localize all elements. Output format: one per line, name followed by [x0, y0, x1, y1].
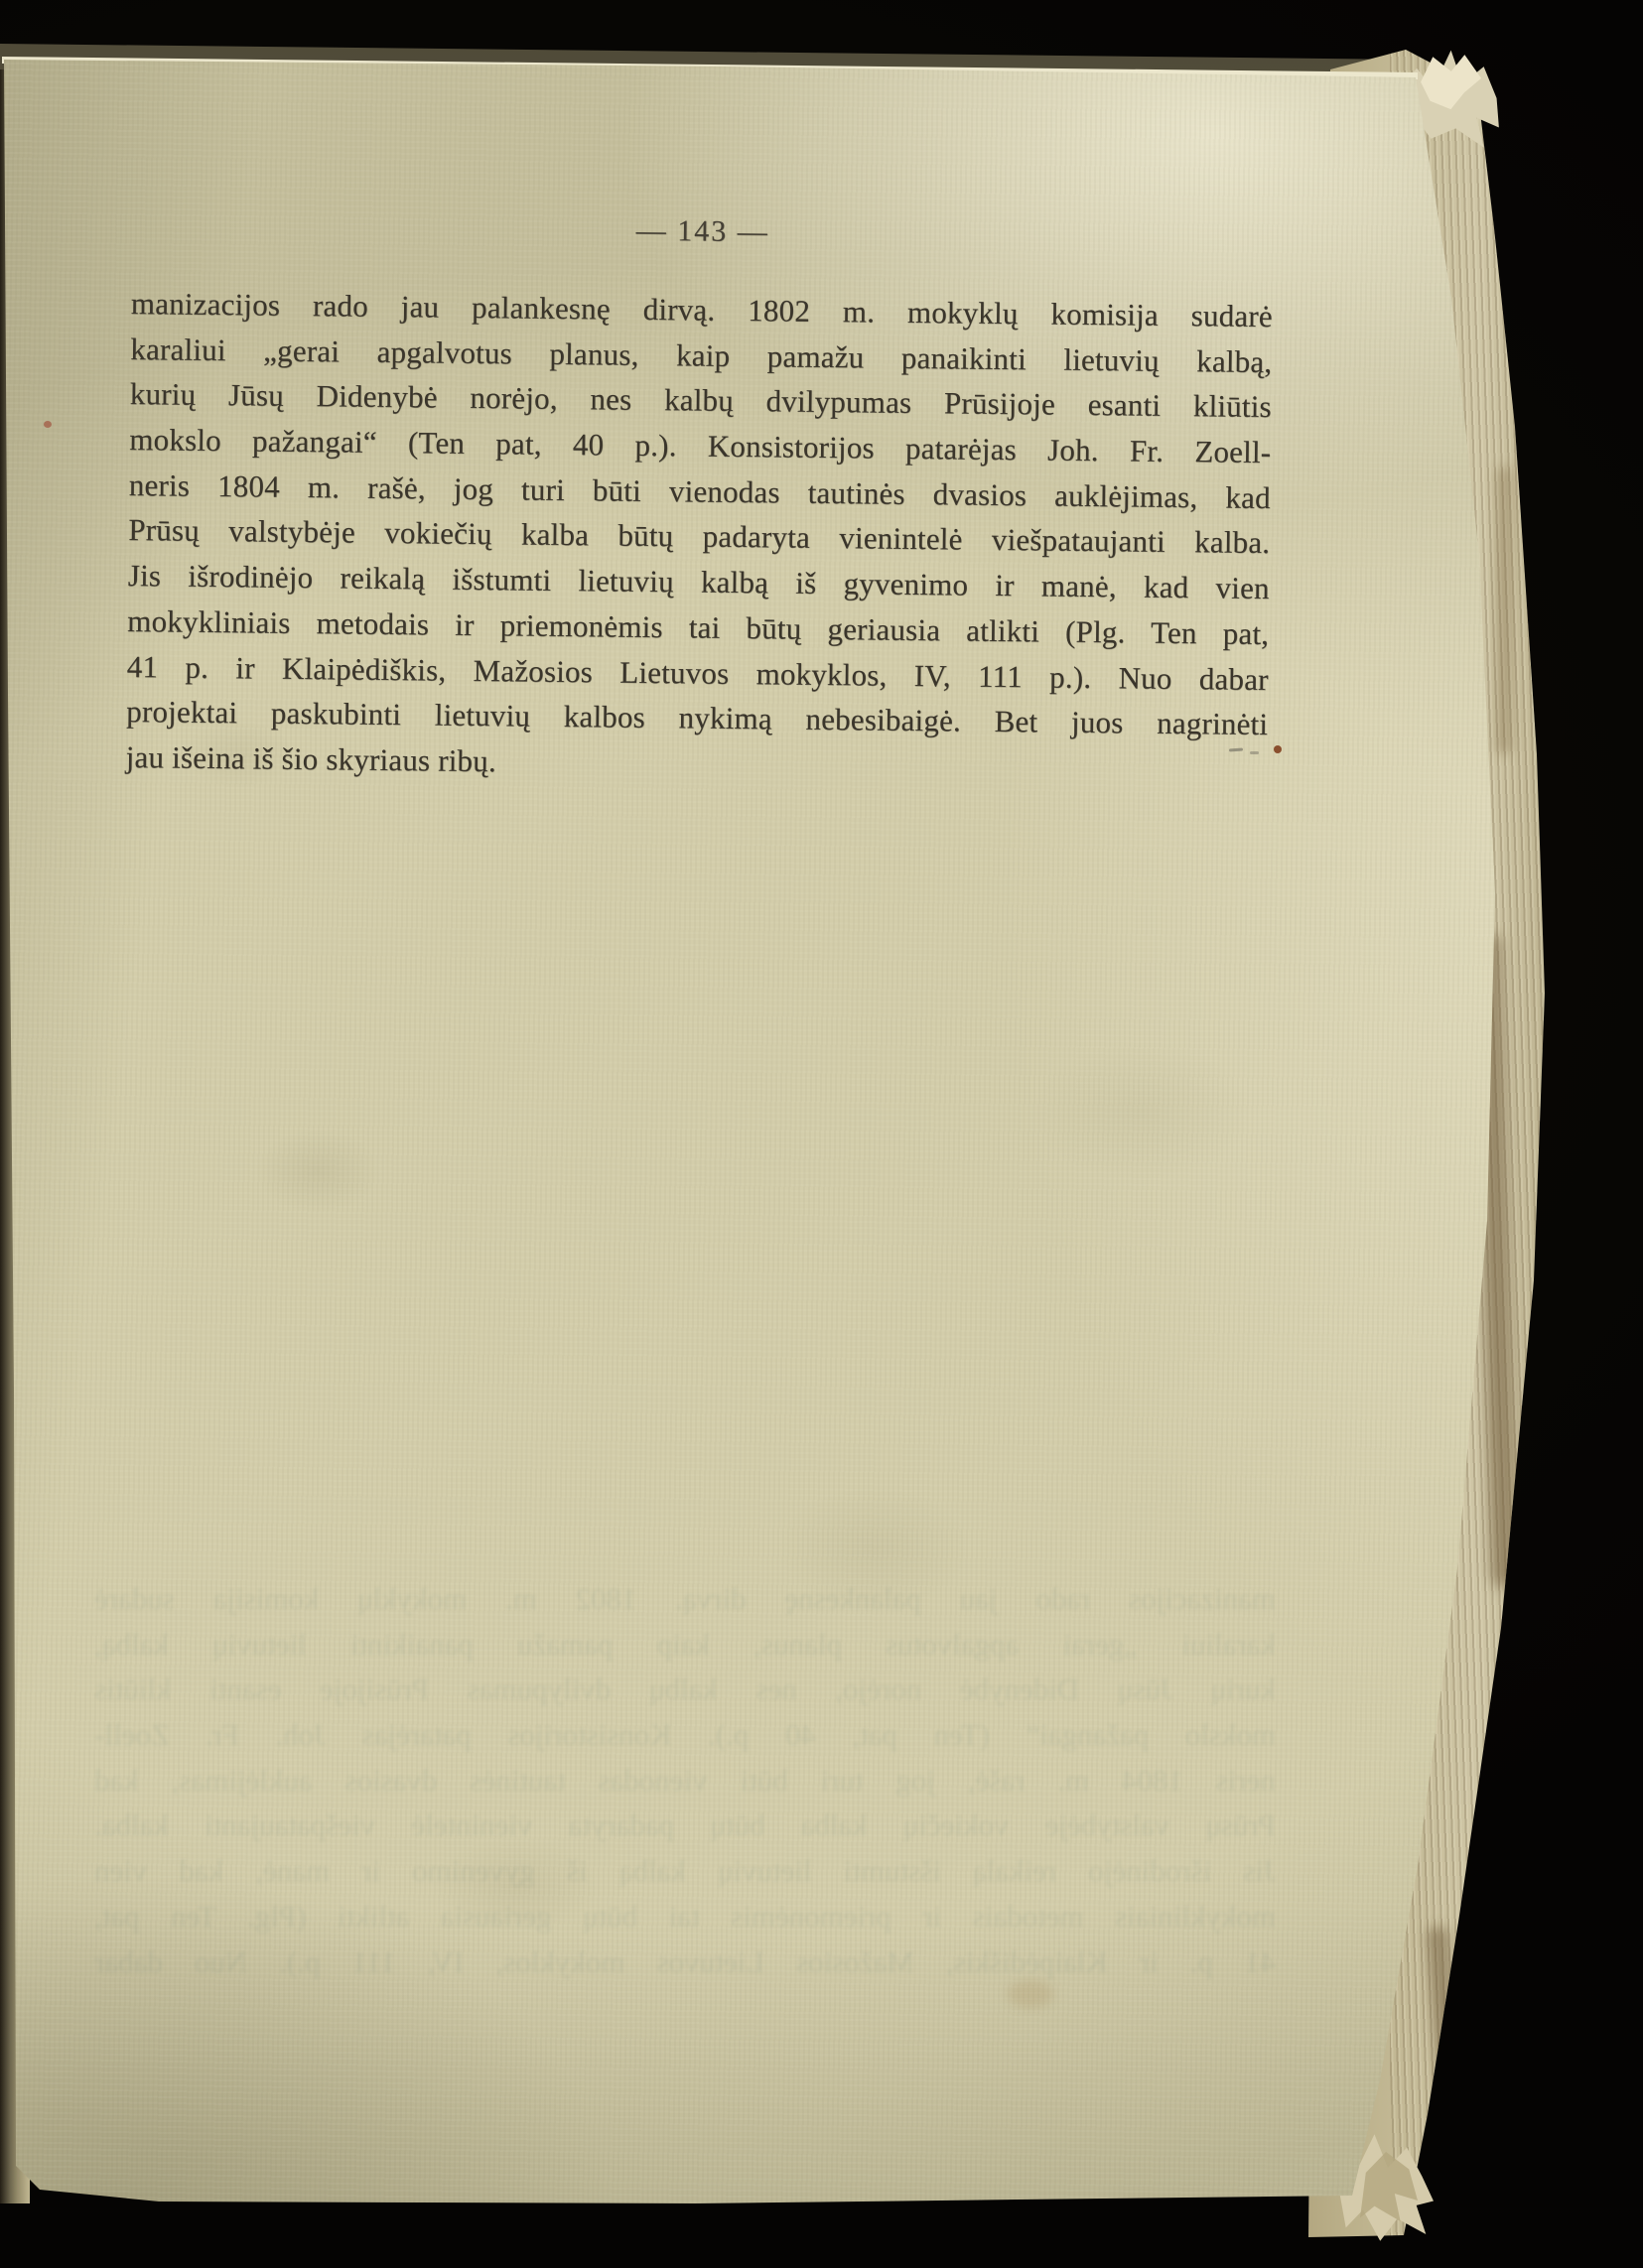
show-through-line: kurių Jūsų Didenybė norėjo, nes kalbų dv… [94, 1667, 1276, 1712]
red-speck [1274, 745, 1282, 753]
show-through-line: karaliui „gerai apgalvotus planus, kaip … [94, 1622, 1276, 1668]
show-through-line: 41 p. ir Klaipėdiškis, Mažosios Lietuvos… [94, 1939, 1276, 1985]
show-through-text: manizacijos rado jau palankesnę dirvą. 1… [94, 1576, 1276, 1984]
show-through-line: neris 1804 m. rašė, jog turi būti vienod… [94, 1758, 1276, 1803]
show-through-line: mokykliniais metodais ir priemonėmis tai… [94, 1894, 1276, 1939]
show-through-line: mokslo pažangai“ (Ten pat, 40 p.). Konsi… [94, 1712, 1276, 1758]
show-through-line: manizacijos rado jau palankesnę dirvą. 1… [94, 1576, 1276, 1622]
show-through-line: Jis išrodinėjo reikalą išstumti lietuvių… [94, 1848, 1276, 1894]
page-content: — 143 — manizacijos rado jau palankesnę … [125, 208, 1274, 857]
scanned-book-photo: — 143 — manizacijos rado jau palankesnę … [0, 0, 1643, 2268]
red-speck [44, 421, 52, 428]
book-page: — 143 — manizacijos rado jau palankesnę … [0, 0, 1643, 2268]
paper-stain [1008, 1980, 1053, 2008]
ink-speck [1250, 751, 1259, 754]
paragraph: manizacijos rado jau palankesnę dirvą. 1… [125, 281, 1273, 793]
show-through-line: Prūsų valstybėje vokiečių kalba būtų pad… [94, 1802, 1276, 1848]
fore-edge-stain [1497, 467, 1511, 754]
page-number: — 143 — [132, 208, 1274, 255]
